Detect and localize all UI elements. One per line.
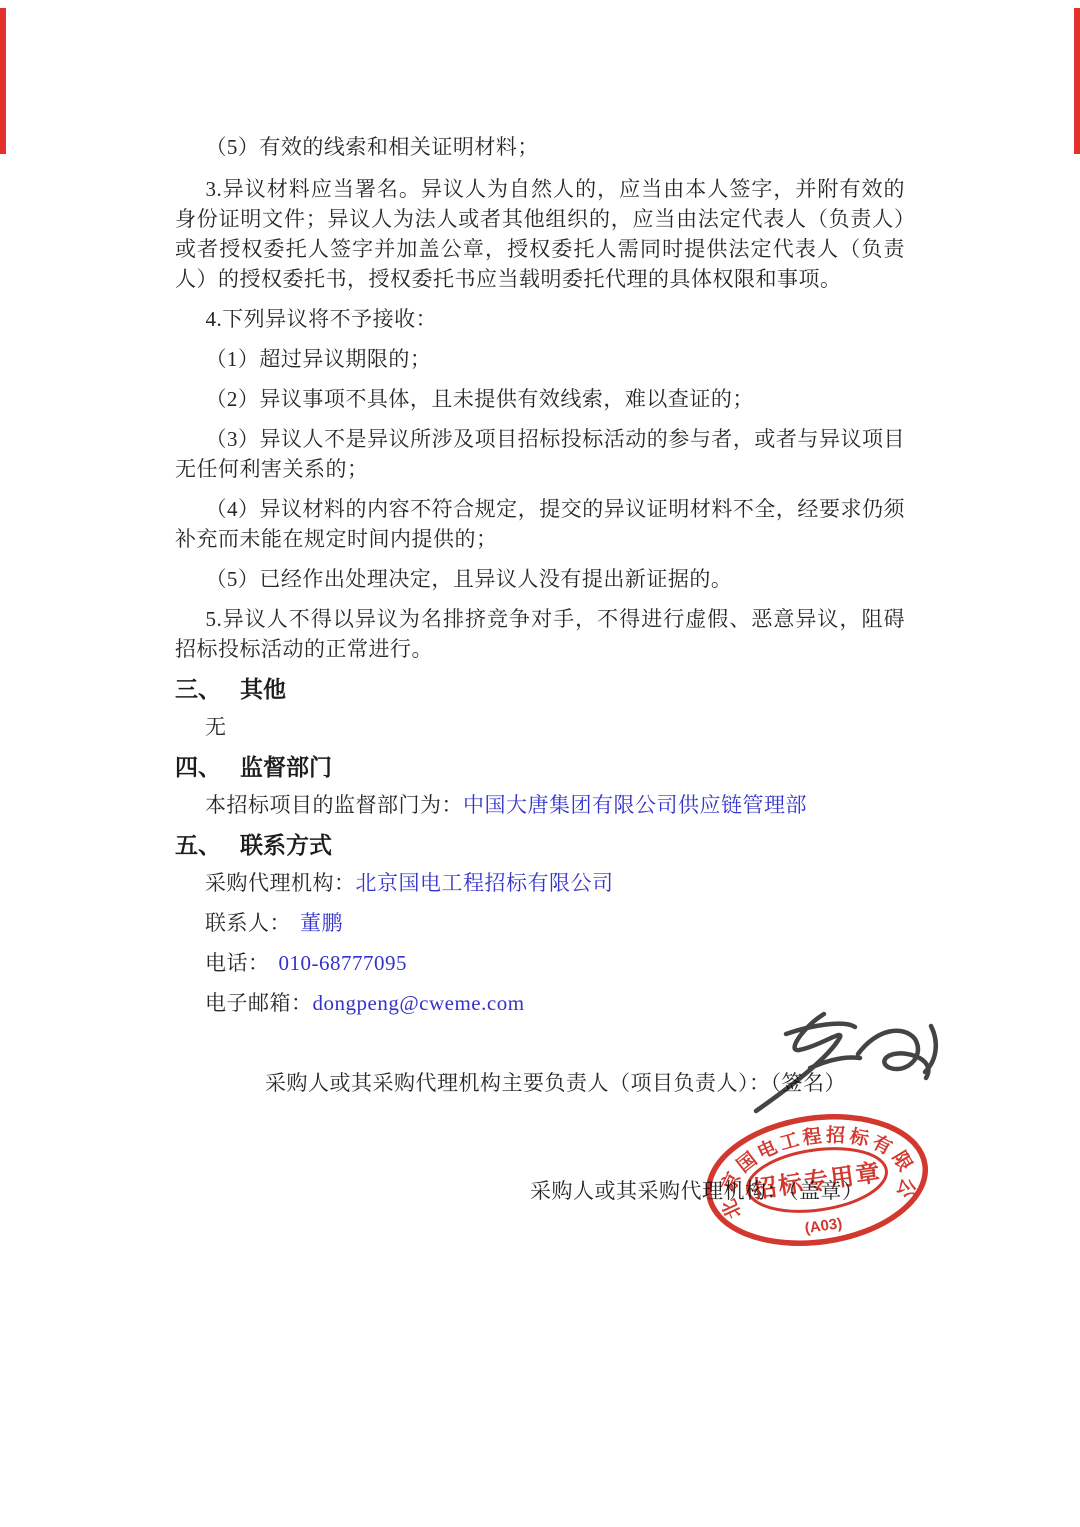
clause-4-item-4: （4）异议材料的内容不符合规定，提交的异议证明材料不全，经要求仍须补充而未能在规… xyxy=(175,494,905,554)
phone-number: 010-68777095 xyxy=(279,951,408,975)
supervision-line: 本招标项目的监督部门为：中国大唐集团有限公司供应链管理部 xyxy=(175,790,905,820)
agency-line: 采购代理机构：北京国电工程招标有限公司 xyxy=(175,868,905,898)
document-page: （5）有效的线索和相关证明材料； 3.异议材料应当署名。异议人为自然人的，应当由… xyxy=(0,0,1080,1527)
phone-label: 电话： xyxy=(205,951,270,975)
agency-name: 北京国电工程招标有限公司 xyxy=(356,871,614,895)
section-number: 五、 xyxy=(175,832,221,858)
clause-item-5: （5）有效的线索和相关证明材料； xyxy=(175,132,905,162)
clause-4-item-2: （2）异议事项不具体，且未提供有效线索，难以查证的； xyxy=(175,384,905,414)
supervision-label: 本招标项目的监督部门为： xyxy=(205,793,463,817)
clause-4-item-1: （1）超过异议期限的； xyxy=(175,344,905,374)
email-address: dongpeng@cweme.com xyxy=(313,991,525,1015)
section-number: 四、 xyxy=(175,754,221,780)
email-label: 电子邮箱： xyxy=(205,991,313,1015)
other-body: 无 xyxy=(175,712,905,742)
section-heading-contact: 五、联系方式 xyxy=(175,830,905,860)
clause-4-item-5: （5）已经作出处理决定，且异议人没有提出新证据的。 xyxy=(175,564,905,594)
clause-4: 4.下列异议将不予接收： xyxy=(175,304,905,334)
section-number: 三、 xyxy=(175,676,221,702)
section-title: 联系方式 xyxy=(240,832,332,858)
seal-code: (A03) xyxy=(804,1215,844,1237)
contact-person-line: 联系人：董鹏 xyxy=(175,908,905,938)
supervision-department: 中国大唐集团有限公司供应链管理部 xyxy=(463,793,807,817)
agency-label: 采购代理机构： xyxy=(205,871,356,895)
clause-4-item-3: （3）异议人不是异议所涉及项目招标投标活动的参与者，或者与异议项目无任何利害关系… xyxy=(175,424,905,484)
company-seal: 北京国电工程招标有限公司 招标专用章 (A03) xyxy=(695,1108,939,1252)
clause-3: 3.异议材料应当署名。异议人为自然人的，应当由本人签字，并附有效的身份证明文件；… xyxy=(175,174,905,294)
phone-line: 电话：010-68777095 xyxy=(175,948,905,978)
handwritten-signature xyxy=(728,998,953,1120)
section-title: 监督部门 xyxy=(240,754,332,780)
contact-person-name: 董鹏 xyxy=(300,911,343,935)
section-title: 其他 xyxy=(240,676,286,702)
section-heading-other: 三、其他 xyxy=(175,674,905,704)
contact-person-label: 联系人： xyxy=(205,911,291,935)
section-heading-supervision: 四、监督部门 xyxy=(175,752,905,782)
clause-5: 5.异议人不得以异议为名排挤竞争对手，不得进行虚假、恶意异议，阻碍招标投标活动的… xyxy=(175,604,905,664)
